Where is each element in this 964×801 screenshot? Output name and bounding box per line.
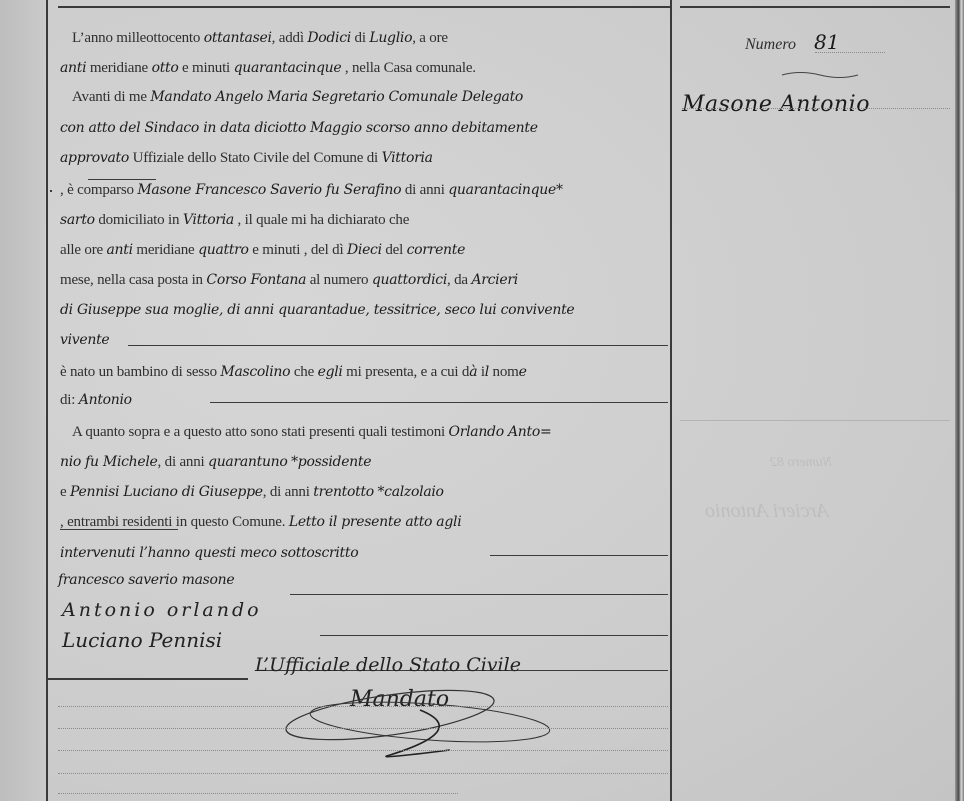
blank-rule [88,179,156,180]
printed-text: di anni [401,182,448,198]
handwritten-entry: quarantuno [208,454,287,470]
ghost-rule [680,420,950,421]
handwritten-entry: Corso Fontana [206,272,306,288]
document-line: approvato Uffiziale dello Stato Civile d… [60,148,670,168]
handwritten-entry: Vittoria [382,150,433,166]
printed-text: , di anni [158,454,209,470]
signature-witness-1: Antonio orlando [62,600,672,620]
document-line: con atto del Sindaco in data diciotto Ma… [60,118,670,138]
printed-text: , da [447,272,471,288]
handwritten-entry: quarantacinque [234,60,342,76]
printed-text: Uffiziale dello Stato Civile del Comune … [129,150,382,166]
printed-text: di: [60,392,79,408]
document-line: anti meridiane otto e minuti quarantacin… [60,58,670,78]
handwritten-entry: Dieci [347,242,382,258]
printed-text: alle ore [60,242,107,258]
document-line: sarto domiciliato in Vittoria , il quale… [60,210,670,230]
document-line: vivente [60,330,670,350]
handwritten-entry: e [519,364,527,380]
printed-text: di [351,30,369,46]
printed-text: al numero [306,272,372,288]
handwritten-entry: di Giuseppe sua moglie, di anni quaranta… [60,302,574,318]
handwritten-entry: anti [60,60,86,76]
handwritten-entry: con atto del Sindaco in data diciotto Ma… [60,120,538,136]
officer-rule [48,678,248,680]
handwritten-entry: vivente [60,332,109,348]
ghost-name: Arcieri Antonio [705,500,829,523]
ruled-line [58,728,668,729]
printed-text: A quanto sopra e a questo atto sono stat… [72,424,449,440]
handwritten-entry: corrente [407,242,465,258]
signature-witness-2: Luciano Pennisi [62,630,672,650]
handwritten-entry: Vittoria [183,212,234,228]
handwritten-entry: Orlando Anto= [449,424,552,440]
handwritten-entry: egli [318,364,343,380]
numero-value: 81 [814,30,839,54]
handwritten-entry: quattordici [372,272,447,288]
numero-label: Numero [745,36,796,54]
fill-rule [290,594,668,595]
printed-text: L’anno milleottocento [72,30,204,46]
document-line: mese, nella casa posta in Corso Fontana … [60,270,670,290]
document-line: è nato un bambino di sesso Mascolino che… [60,362,670,382]
margin-divider-line [670,0,672,801]
printed-text: , del dì [304,242,347,258]
printed-text: e minuti [178,60,233,76]
document-line: alle ore anti meridiane quattro e minuti… [60,240,670,260]
printed-text: nom [489,364,519,380]
document-line: di Giuseppe sua moglie, di anni quaranta… [60,300,670,320]
handwritten-entry: intervenuti l’hanno questi meco sottoscr… [60,545,358,561]
document-page: L’anno milleottocento ottantasei, addì D… [0,0,964,801]
printed-text: , il quale mi ha dichiarato che [234,212,409,228]
handwritten-entry: sarto [60,212,95,228]
ruled-line [58,750,668,751]
printed-text: , di anni [263,484,314,500]
printed-text: meridiane [86,60,151,76]
ruled-line [58,773,668,774]
printed-text: , nella Casa comunale. [341,60,476,76]
printed-text: meridiane [133,242,198,258]
page-left-edge [0,0,45,801]
page-right-edge [955,0,964,801]
document-line: e Pennisi Luciano di Giuseppe, di anni t… [60,482,670,502]
ruled-line [58,793,458,794]
tilde-divider-icon [780,70,860,80]
handwritten-entry: *possidente [291,454,371,470]
handwritten-entry: Luglio [369,30,412,46]
ghost-numero: Numero 82 [770,455,832,471]
printed-text: e minuti [249,242,304,258]
document-line: intervenuti l’hanno questi meco sottoscr… [60,543,670,563]
handwritten-entry: anti [107,242,133,258]
printed-text: del [382,242,407,258]
fill-rule [490,555,668,556]
printed-text: , addì [272,30,308,46]
handwritten-entry: Mascolino [220,364,290,380]
printed-text: mi presenta, e a cui d [343,364,470,380]
document-line: Avanti di me Mandato Angelo Maria Segret… [72,87,682,107]
signature-flourish-icon [270,680,570,760]
handwritten-entry: approvato [60,150,129,166]
handwritten-entry: quarantacinque* [448,182,562,198]
handwritten-entry: Dodici [307,30,351,46]
handwritten-entry: otto [152,60,179,76]
printed-text: che [290,364,317,380]
fill-rule [210,402,668,403]
handwritten-entry: ottantasei [204,30,272,46]
handwritten-entry: Masone Francesco Saverio fu Serafino [137,182,401,198]
tick [50,190,52,192]
margin-column [680,0,950,801]
handwritten-entry: Letto il presente atto agli [289,514,462,530]
printed-text: , è comparso [60,182,137,198]
margin-name-dotted [682,108,950,109]
handwritten-entry: Arcieri [471,272,517,288]
printed-text: i [477,364,485,380]
margin-name: Masone Antonio [682,92,870,117]
handwritten-entry: Pennisi Luciano di Giuseppe [70,484,263,500]
signature-declarant: francesco saverio masone [58,570,668,590]
handwritten-entry: quattro [198,242,249,258]
printed-text: , entrambi residenti in questo Comune. [60,514,289,530]
top-rule [58,6,670,8]
printed-text: Avanti di me [72,89,150,105]
ruled-line [58,706,668,707]
document-line: di: Antonio [60,390,670,410]
handwritten-entry: Mandato Angelo Maria Segretario Comunale… [150,89,523,105]
numero-dotted [815,52,885,53]
printed-text: e [60,484,70,500]
printed-text: è nato un bambino di sesso [60,364,220,380]
handwritten-entry: trentotto [313,484,374,500]
printed-text: , a ore [412,30,448,46]
handwritten-entry: Antonio [79,392,132,408]
document-line: nio fu Michele, di anni quarantuno *poss… [60,452,670,472]
handwritten-entry: nio fu Michele [60,454,158,470]
handwritten-entry: *calzolaio [377,484,443,500]
fill-rule [128,345,668,346]
left-border-line [46,0,48,801]
blank-rule [60,529,178,530]
document-line: , è comparso Masone Francesco Saverio fu… [60,180,670,200]
document-line: L’anno milleottocento ottantasei, addì D… [72,28,682,48]
document-line: A quanto sopra e a questo atto sono stat… [72,422,682,442]
printed-text: domiciliato in [95,212,183,228]
printed-text: mese, nella casa posta in [60,272,206,288]
